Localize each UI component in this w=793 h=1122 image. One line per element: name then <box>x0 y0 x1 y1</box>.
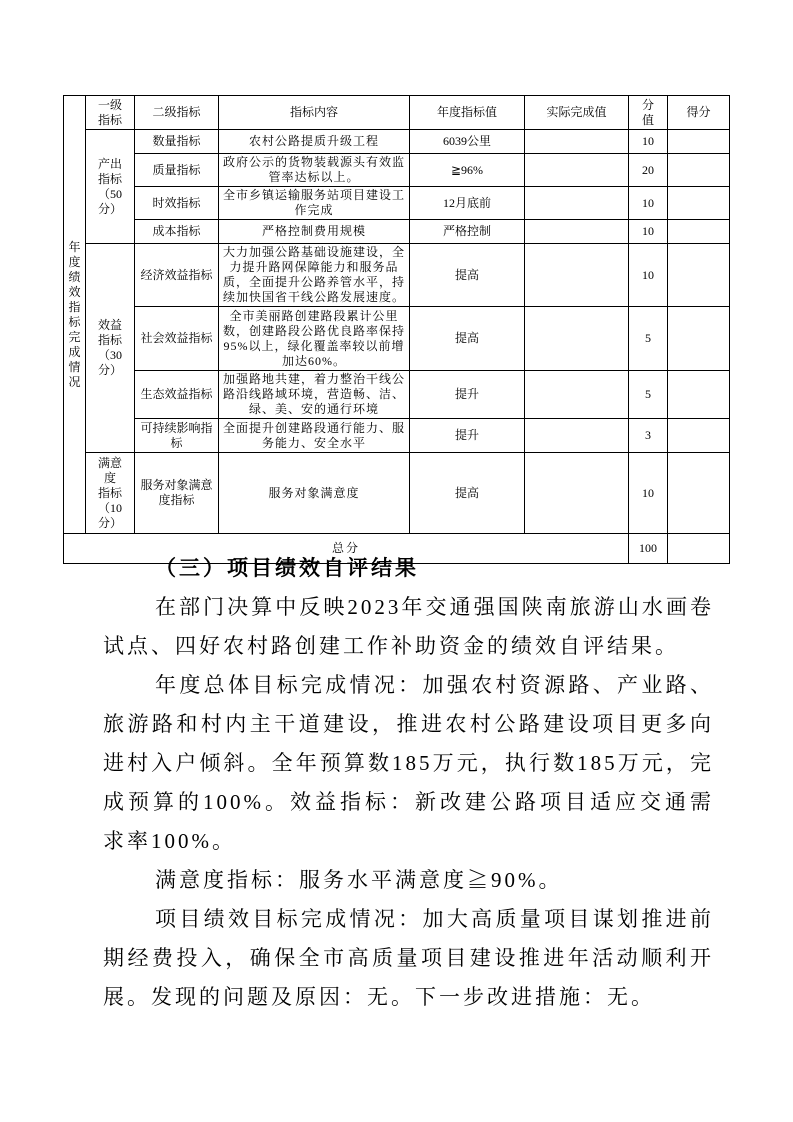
paragraph-annual-goal: 年度总体目标完成情况：加强农村资源路、产业路、旅游路和村内主干道建设，推进农村公… <box>103 666 714 861</box>
cell-score: 5 <box>629 371 668 419</box>
cell-annual-value: ≧96% <box>410 154 525 187</box>
table-row: 满意 度 指标 （10 分） 服务对象满意 度指标 服务对象满意度 提高 10 <box>64 453 730 534</box>
cell-annual-value: 提升 <box>410 371 525 419</box>
cell-content: 全市美丽路创建路段累计公里数，创建路段公路优良路率保持95%以上，绿化覆盖率较以… <box>219 307 410 371</box>
cell-content: 严格控制费用规模 <box>219 220 410 244</box>
cell-earned <box>668 371 730 419</box>
cell-earned <box>668 220 730 244</box>
cell-actual-value <box>525 419 629 453</box>
cell-earned <box>668 130 730 154</box>
header-score-value: 分 值 <box>629 96 668 130</box>
cell-earned <box>668 154 730 187</box>
cell-annual-value: 提高 <box>410 307 525 371</box>
cell-actual-value <box>525 130 629 154</box>
cell-annual-value: 提升 <box>410 419 525 453</box>
cell-second-level: 社会效益指标 <box>135 307 219 371</box>
table-row: 社会效益指标 全市美丽路创建路段累计公里数，创建路段公路优良路率保持95%以上，… <box>64 307 730 371</box>
cell-content: 加强路地共建，着力整治干线公路沿线路域环境，营造畅、洁、绿、美、安的通行环境 <box>219 371 410 419</box>
cell-score: 10 <box>629 187 668 220</box>
table-row: 生态效益指标 加强路地共建，着力整治干线公路沿线路域环境，营造畅、洁、绿、美、安… <box>64 371 730 419</box>
table-row: 可持续影响指 标 全面提升创建路段通行能力、服务能力、安全水平 提升 3 <box>64 419 730 453</box>
cell-earned <box>668 419 730 453</box>
cell-score: 5 <box>629 307 668 371</box>
cell-annual-value: 12月底前 <box>410 187 525 220</box>
cell-content: 政府公示的货物装载源头有效监管率达标以上。 <box>219 154 410 187</box>
row-group-label-annual-performance: 年 度 绩 效 指 标 完 成 情 况 <box>64 96 86 534</box>
paragraph-project-goal: 项目绩效目标完成情况：加大高质量项目谋划推进前期经费投入，确保全市高质量项目建设… <box>103 900 714 1017</box>
cell-actual-value <box>525 154 629 187</box>
cell-score: 10 <box>629 453 668 534</box>
performance-indicator-table: 年 度 绩 效 指 标 完 成 情 况 一级 指标 二级指标 指标内容 年度指标… <box>63 95 730 564</box>
cell-earned <box>668 244 730 307</box>
cell-annual-value: 严格控制 <box>410 220 525 244</box>
table-header-row: 年 度 绩 效 指 标 完 成 情 况 一级 指标 二级指标 指标内容 年度指标… <box>64 96 730 130</box>
cell-second-level: 成本指标 <box>135 220 219 244</box>
cell-actual-value <box>525 307 629 371</box>
cell-second-level: 质量指标 <box>135 154 219 187</box>
table-row: 效益 指标 （30 分） 经济效益指标 大力加强公路基础设施建设，全力提升路网保… <box>64 244 730 307</box>
section-heading: （三）项目绩效自评结果 <box>103 549 714 588</box>
cell-earned <box>668 307 730 371</box>
cell-annual-value: 提高 <box>410 244 525 307</box>
cell-content: 全市乡镇运输服务站项目建设工作完成 <box>219 187 410 220</box>
group-satisfaction-indicators: 满意 度 指标 （10 分） <box>86 453 135 534</box>
table-row: 产出 指标 （50 分） 数量指标 农村公路提质升级工程 6039公里 10 <box>64 130 730 154</box>
cell-content: 大力加强公路基础设施建设，全力提升路网保障能力和服务品质，全面提升公路养管水平，… <box>219 244 410 307</box>
table-row: 成本指标 严格控制费用规模 严格控制 10 <box>64 220 730 244</box>
cell-second-level: 数量指标 <box>135 130 219 154</box>
header-first-level-indicator: 一级 指标 <box>86 96 135 130</box>
header-actual-completed-value: 实际完成值 <box>525 96 629 130</box>
group-output-indicators: 产出 指标 （50 分） <box>86 130 135 244</box>
cell-second-level: 生态效益指标 <box>135 371 219 419</box>
cell-second-level: 服务对象满意 度指标 <box>135 453 219 534</box>
cell-earned <box>668 187 730 220</box>
cell-content: 全面提升创建路段通行能力、服务能力、安全水平 <box>219 419 410 453</box>
header-annual-target-value: 年度指标值 <box>410 96 525 130</box>
cell-annual-value: 提高 <box>410 453 525 534</box>
cell-content: 农村公路提质升级工程 <box>219 130 410 154</box>
paragraph-summary: 在部门决算中反映2023年交通强国陕南旅游山水画卷试点、四好农村路创建工作补助资… <box>103 588 714 666</box>
cell-second-level: 经济效益指标 <box>135 244 219 307</box>
table-row: 时效指标 全市乡镇运输服务站项目建设工作完成 12月底前 10 <box>64 187 730 220</box>
self-evaluation-section: （三）项目绩效自评结果 在部门决算中反映2023年交通强国陕南旅游山水画卷试点、… <box>103 549 714 1017</box>
group-benefit-indicators: 效益 指标 （30 分） <box>86 244 135 453</box>
cell-content: 服务对象满意度 <box>219 453 410 534</box>
paragraph-satisfaction: 满意度指标：服务水平满意度≧90%。 <box>103 861 714 900</box>
table-row: 质量指标 政府公示的货物装载源头有效监管率达标以上。 ≧96% 20 <box>64 154 730 187</box>
cell-score: 10 <box>629 220 668 244</box>
header-second-level-indicator: 二级指标 <box>135 96 219 130</box>
cell-earned <box>668 453 730 534</box>
cell-annual-value: 6039公里 <box>410 130 525 154</box>
header-earned-score: 得分 <box>668 96 730 130</box>
cell-score: 20 <box>629 154 668 187</box>
cell-score: 10 <box>629 130 668 154</box>
cell-score: 10 <box>629 244 668 307</box>
cell-actual-value <box>525 187 629 220</box>
cell-actual-value <box>525 244 629 307</box>
header-indicator-content: 指标内容 <box>219 96 410 130</box>
cell-score: 3 <box>629 419 668 453</box>
cell-actual-value <box>525 371 629 419</box>
cell-second-level: 时效指标 <box>135 187 219 220</box>
cell-actual-value <box>525 453 629 534</box>
document-page: 年 度 绩 效 指 标 完 成 情 况 一级 指标 二级指标 指标内容 年度指标… <box>0 0 793 1122</box>
cell-second-level: 可持续影响指 标 <box>135 419 219 453</box>
cell-actual-value <box>525 220 629 244</box>
